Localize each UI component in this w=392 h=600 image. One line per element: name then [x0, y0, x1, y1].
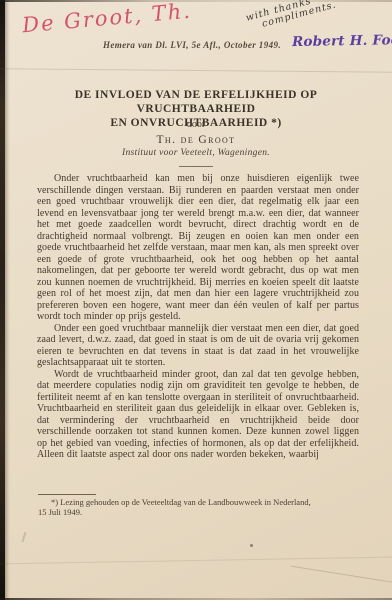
article-body: Onder vruchtbaarheid kan men bij onze hu…	[37, 173, 359, 461]
body-paragraph-2: Onder een goed vruchtbaar mannelijk dier…	[37, 323, 359, 369]
paper-crease	[0, 557, 392, 565]
handwritten-author-name: De Groot, Th.	[21, 0, 192, 37]
paper-speck	[22, 532, 27, 542]
footnote-text: *) Lezing gehouden op de Veeteeltdag van…	[38, 498, 360, 508]
body-paragraph-1: Onder vruchtbaarheid kan men bij onze hu…	[37, 173, 359, 323]
paper-speck	[250, 544, 253, 547]
footnote: *) Lezing gehouden op de Veeteeltdag van…	[38, 498, 360, 518]
journal-reference-line: Hemera van Dl. LVI, 5e Afl., October 194…	[0, 40, 384, 50]
author-affiliation: Instituut voor Veeteelt, Wageningen.	[0, 148, 392, 158]
byline: door	[0, 119, 392, 130]
footnote-divider	[38, 494, 96, 495]
article-title-line-1: DE INVLOED VAN DE ERFELIJKHEID OP VRUCHT…	[75, 89, 318, 115]
author-name: Th. de Groot	[0, 134, 392, 146]
footnote-date: 15 Juli 1949.	[38, 508, 360, 518]
title-divider	[179, 166, 213, 167]
scanned-page: De Groot, Th. with thanks compliments. R…	[0, 0, 392, 600]
paper-crease	[0, 68, 392, 72]
handwritten-dedication: with thanks compliments.	[245, 0, 338, 33]
paper-crease	[291, 566, 392, 586]
body-paragraph-3: Wordt de vruchtbaarheid minder groot, da…	[37, 369, 359, 461]
scan-edge-left	[0, 0, 5, 600]
